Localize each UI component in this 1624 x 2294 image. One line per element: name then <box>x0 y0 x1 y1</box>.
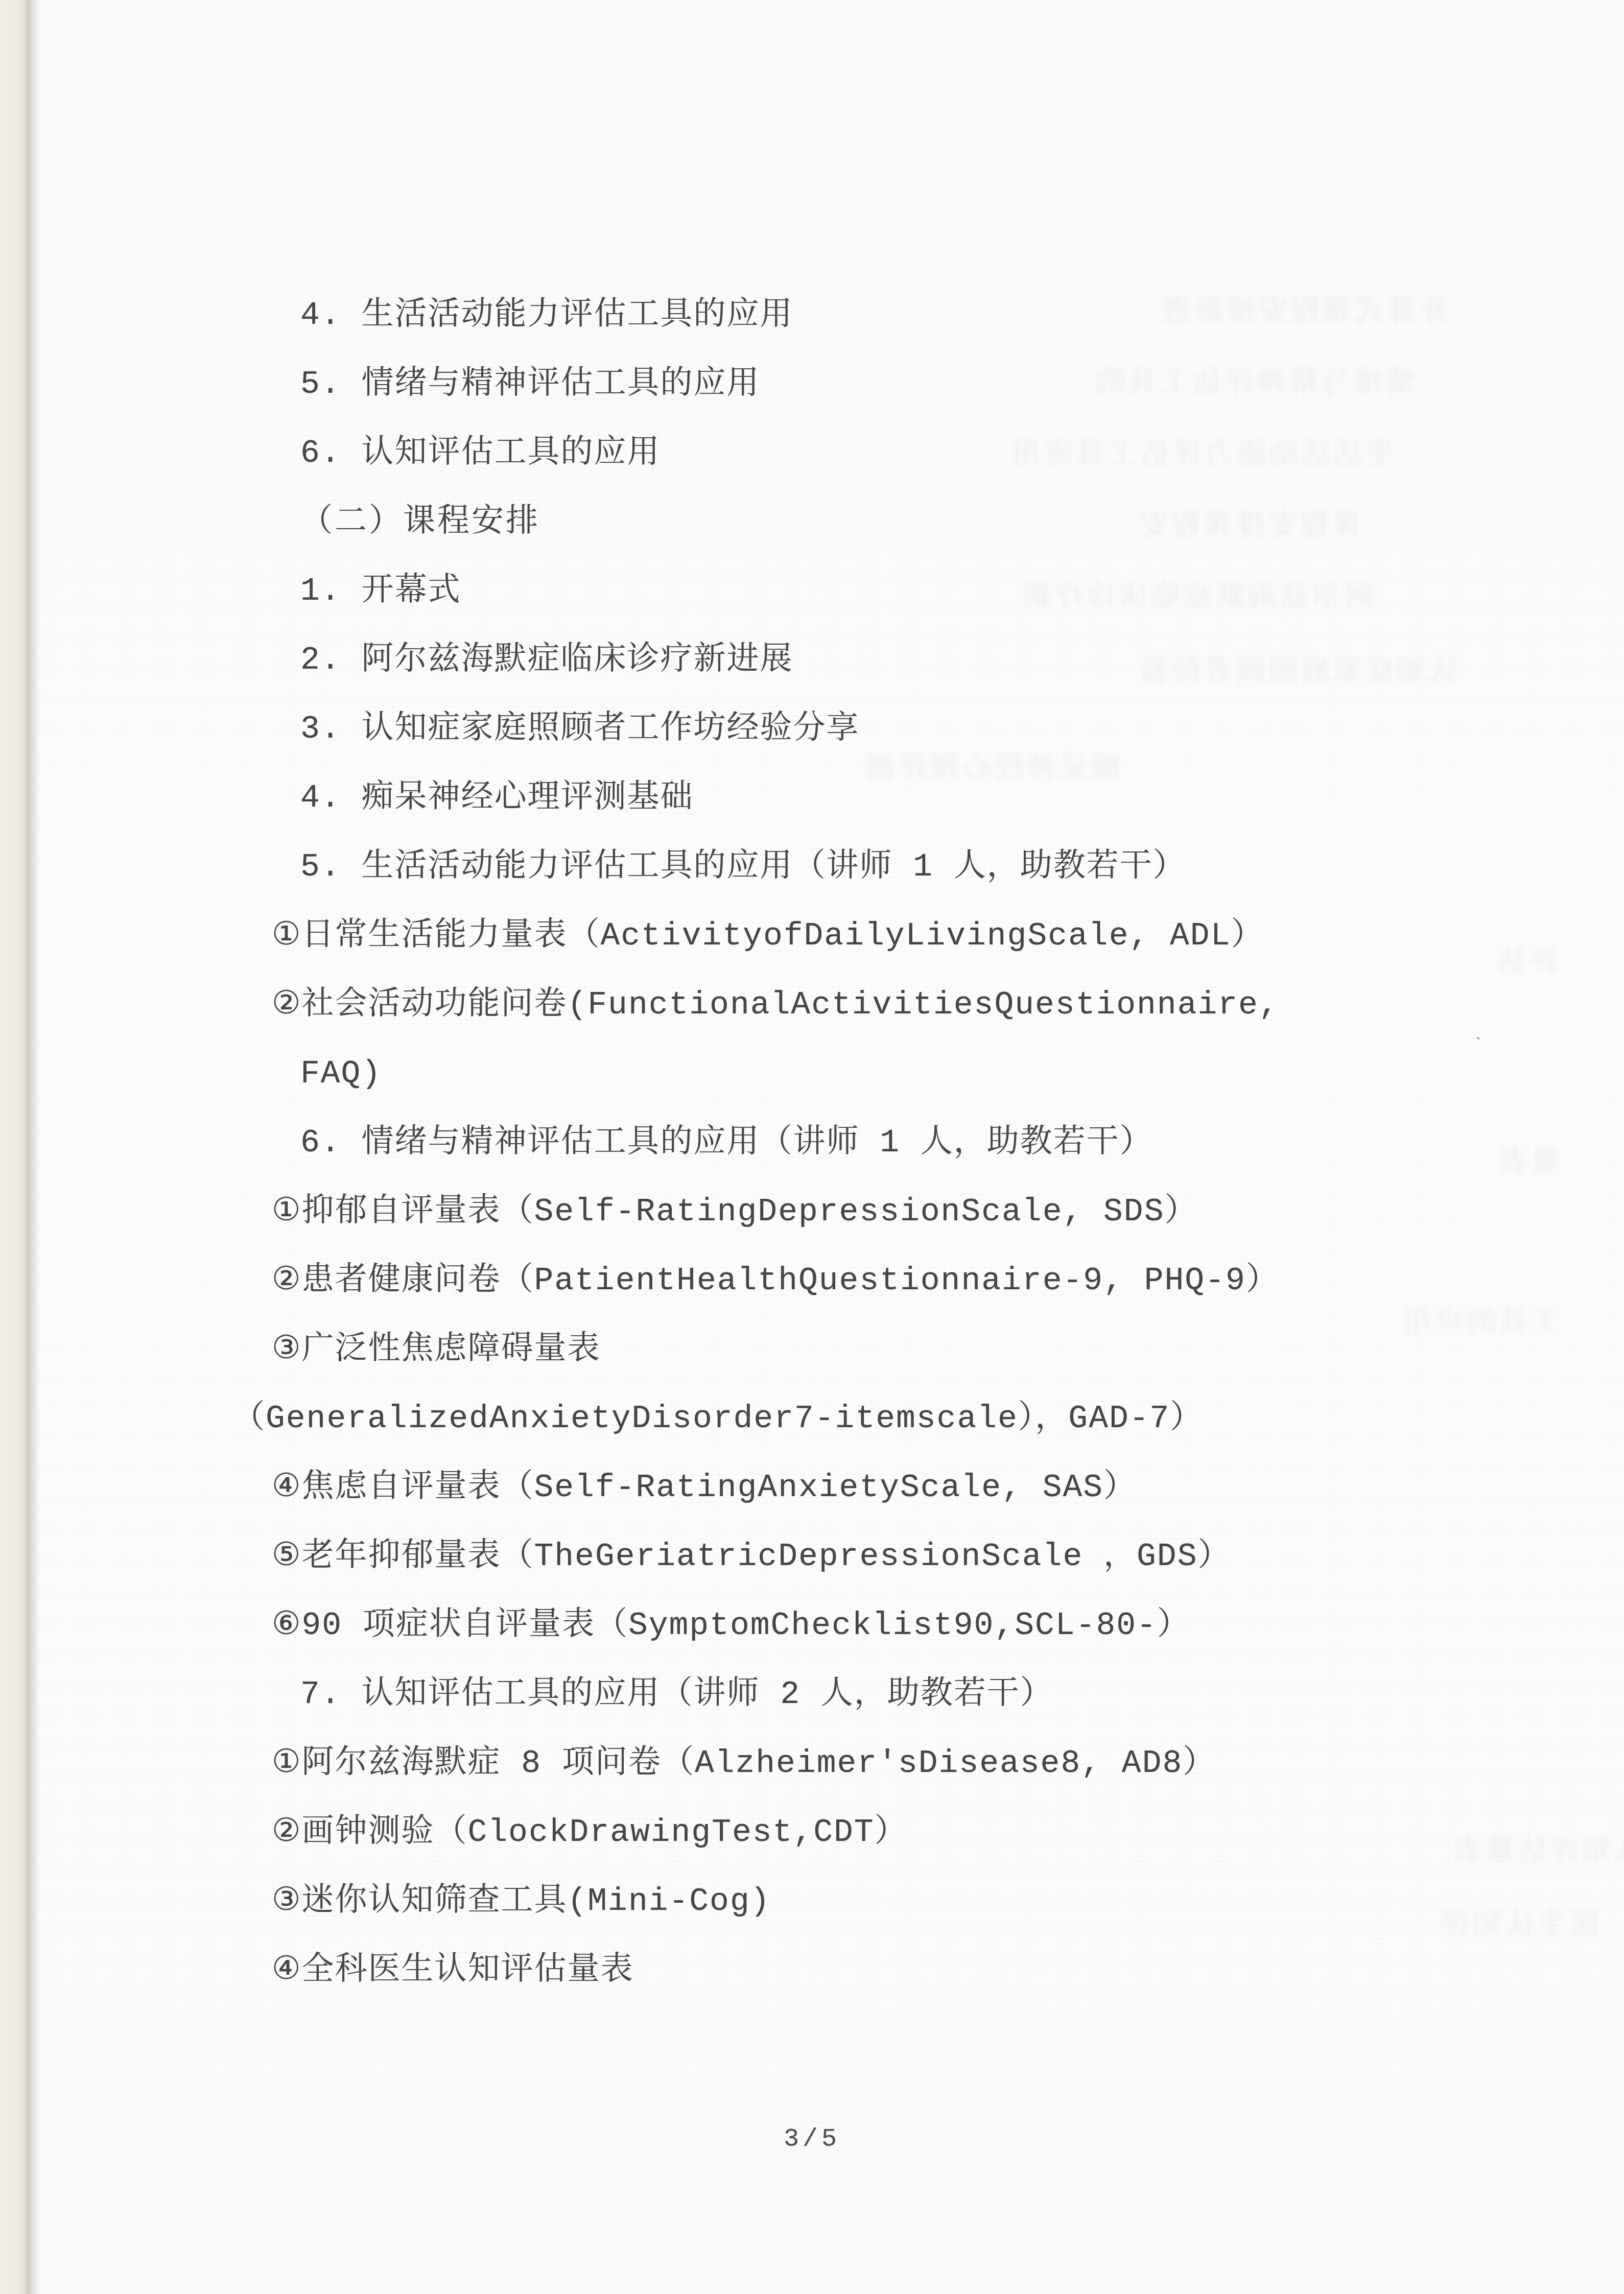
document-content: 4. 生活活动能力评估工具的应用5. 情绪与精神评估工具的应用6. 认知评估工具… <box>0 281 1624 2005</box>
text-line-19: ⑤老年抑郁量表（TheGeriatricDepressionScale ，GDS… <box>0 1522 1624 1591</box>
page-number: 3/5 <box>0 2125 1624 2154</box>
text-line-1: 4. 生活活动能力评估工具的应用 <box>0 281 1624 350</box>
text-line-11: ②社会活动功能问卷(FunctionalActivitiesQuestionna… <box>0 971 1624 1039</box>
text-line-24: ③迷你认知筛查工具(Mini-Cog) <box>0 1867 1624 1936</box>
text-line-17: （GeneralizedAnxietyDisorder7-itemscale），… <box>0 1384 1624 1453</box>
text-line-16: ③广泛性焦虑障碍量表 <box>0 1315 1624 1384</box>
text-line-13: 6. 情绪与精神评估工具的应用（讲师 1 人，助教若干） <box>0 1108 1624 1177</box>
text-line-23: ②画钟测验（ClockDrawingTest,CDT） <box>0 1798 1624 1867</box>
text-line-6: 2. 阿尔兹海默症临床诊疗新进展 <box>0 626 1624 695</box>
text-line-20: ⑥90 项症状自评量表（SymptomChecklist90,SCL-80-） <box>0 1591 1624 1660</box>
text-line-4: （二）课程安排 <box>0 488 1624 557</box>
text-line-22: ①阿尔兹海默症 8 项问卷（Alzheimer'sDisease8, AD8） <box>0 1729 1624 1798</box>
text-line-15: ②患者健康问卷（PatientHealthQuestionnaire-9, PH… <box>0 1246 1624 1315</box>
text-line-10: ①日常生活能力量表（ActivityofDailyLivingScale, AD… <box>0 902 1624 971</box>
text-line-8: 4. 痴呆神经心理评测基础 <box>0 764 1624 833</box>
text-line-12: FAQ) <box>0 1039 1624 1108</box>
scanned-document-page: 开幕式课程安排新进情绪与精神评估工具的生活活动能力评估工具应用课程安排课程安阿尔… <box>0 0 1624 2294</box>
text-line-14: ①抑郁自评量表（Self-RatingDepressionScale, SDS） <box>0 1177 1624 1246</box>
text-line-18: ④焦虑自评量表（Self-RatingAnxietyScale, SAS） <box>0 1453 1624 1522</box>
text-line-7: 3. 认知症家庭照顾者工作坊经验分享 <box>0 695 1624 764</box>
text-line-25: ④全科医生认知评估量表 <box>0 1936 1624 2005</box>
text-line-2: 5. 情绪与精神评估工具的应用 <box>0 350 1624 419</box>
text-line-3: 6. 认知评估工具的应用 <box>0 419 1624 488</box>
text-line-9: 5. 生活活动能力评估工具的应用（讲师 1 人，助教若干） <box>0 833 1624 902</box>
text-line-5: 1. 开幕式 <box>0 557 1624 626</box>
text-line-21: 7. 认知评估工具的应用（讲师 2 人，助教若干） <box>0 1660 1624 1729</box>
